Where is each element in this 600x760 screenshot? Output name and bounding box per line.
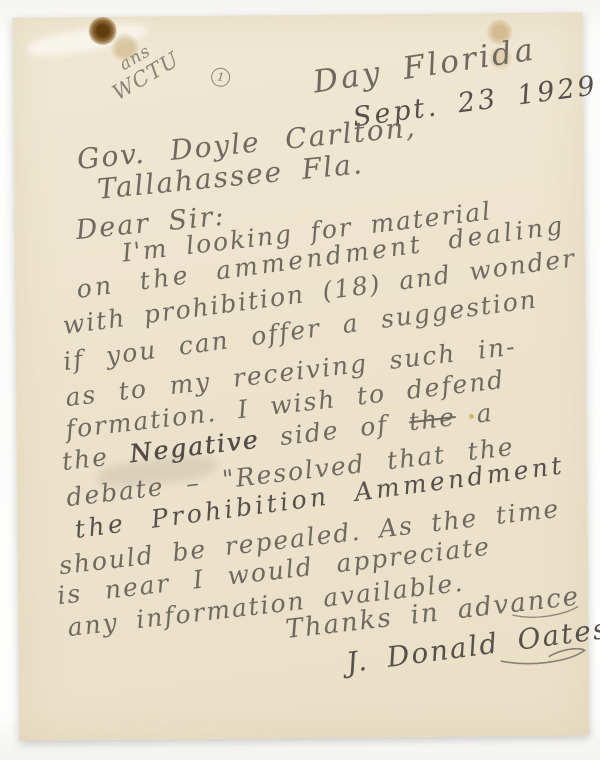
signature-flourish-icon: [499, 640, 589, 667]
page-number-text: 1: [216, 70, 225, 84]
closing-flourish-icon: [510, 602, 580, 621]
body-line-text: a: [454, 398, 495, 431]
struck-out-word: the: [407, 402, 457, 436]
scan-background: ans WCTU 1 Day Florida Sept. 23 1929 Gov…: [0, 0, 600, 760]
letter-paper: ans WCTU 1 Day Florida Sept. 23 1929 Gov…: [13, 12, 590, 740]
circled-page-number: 1: [210, 67, 231, 88]
